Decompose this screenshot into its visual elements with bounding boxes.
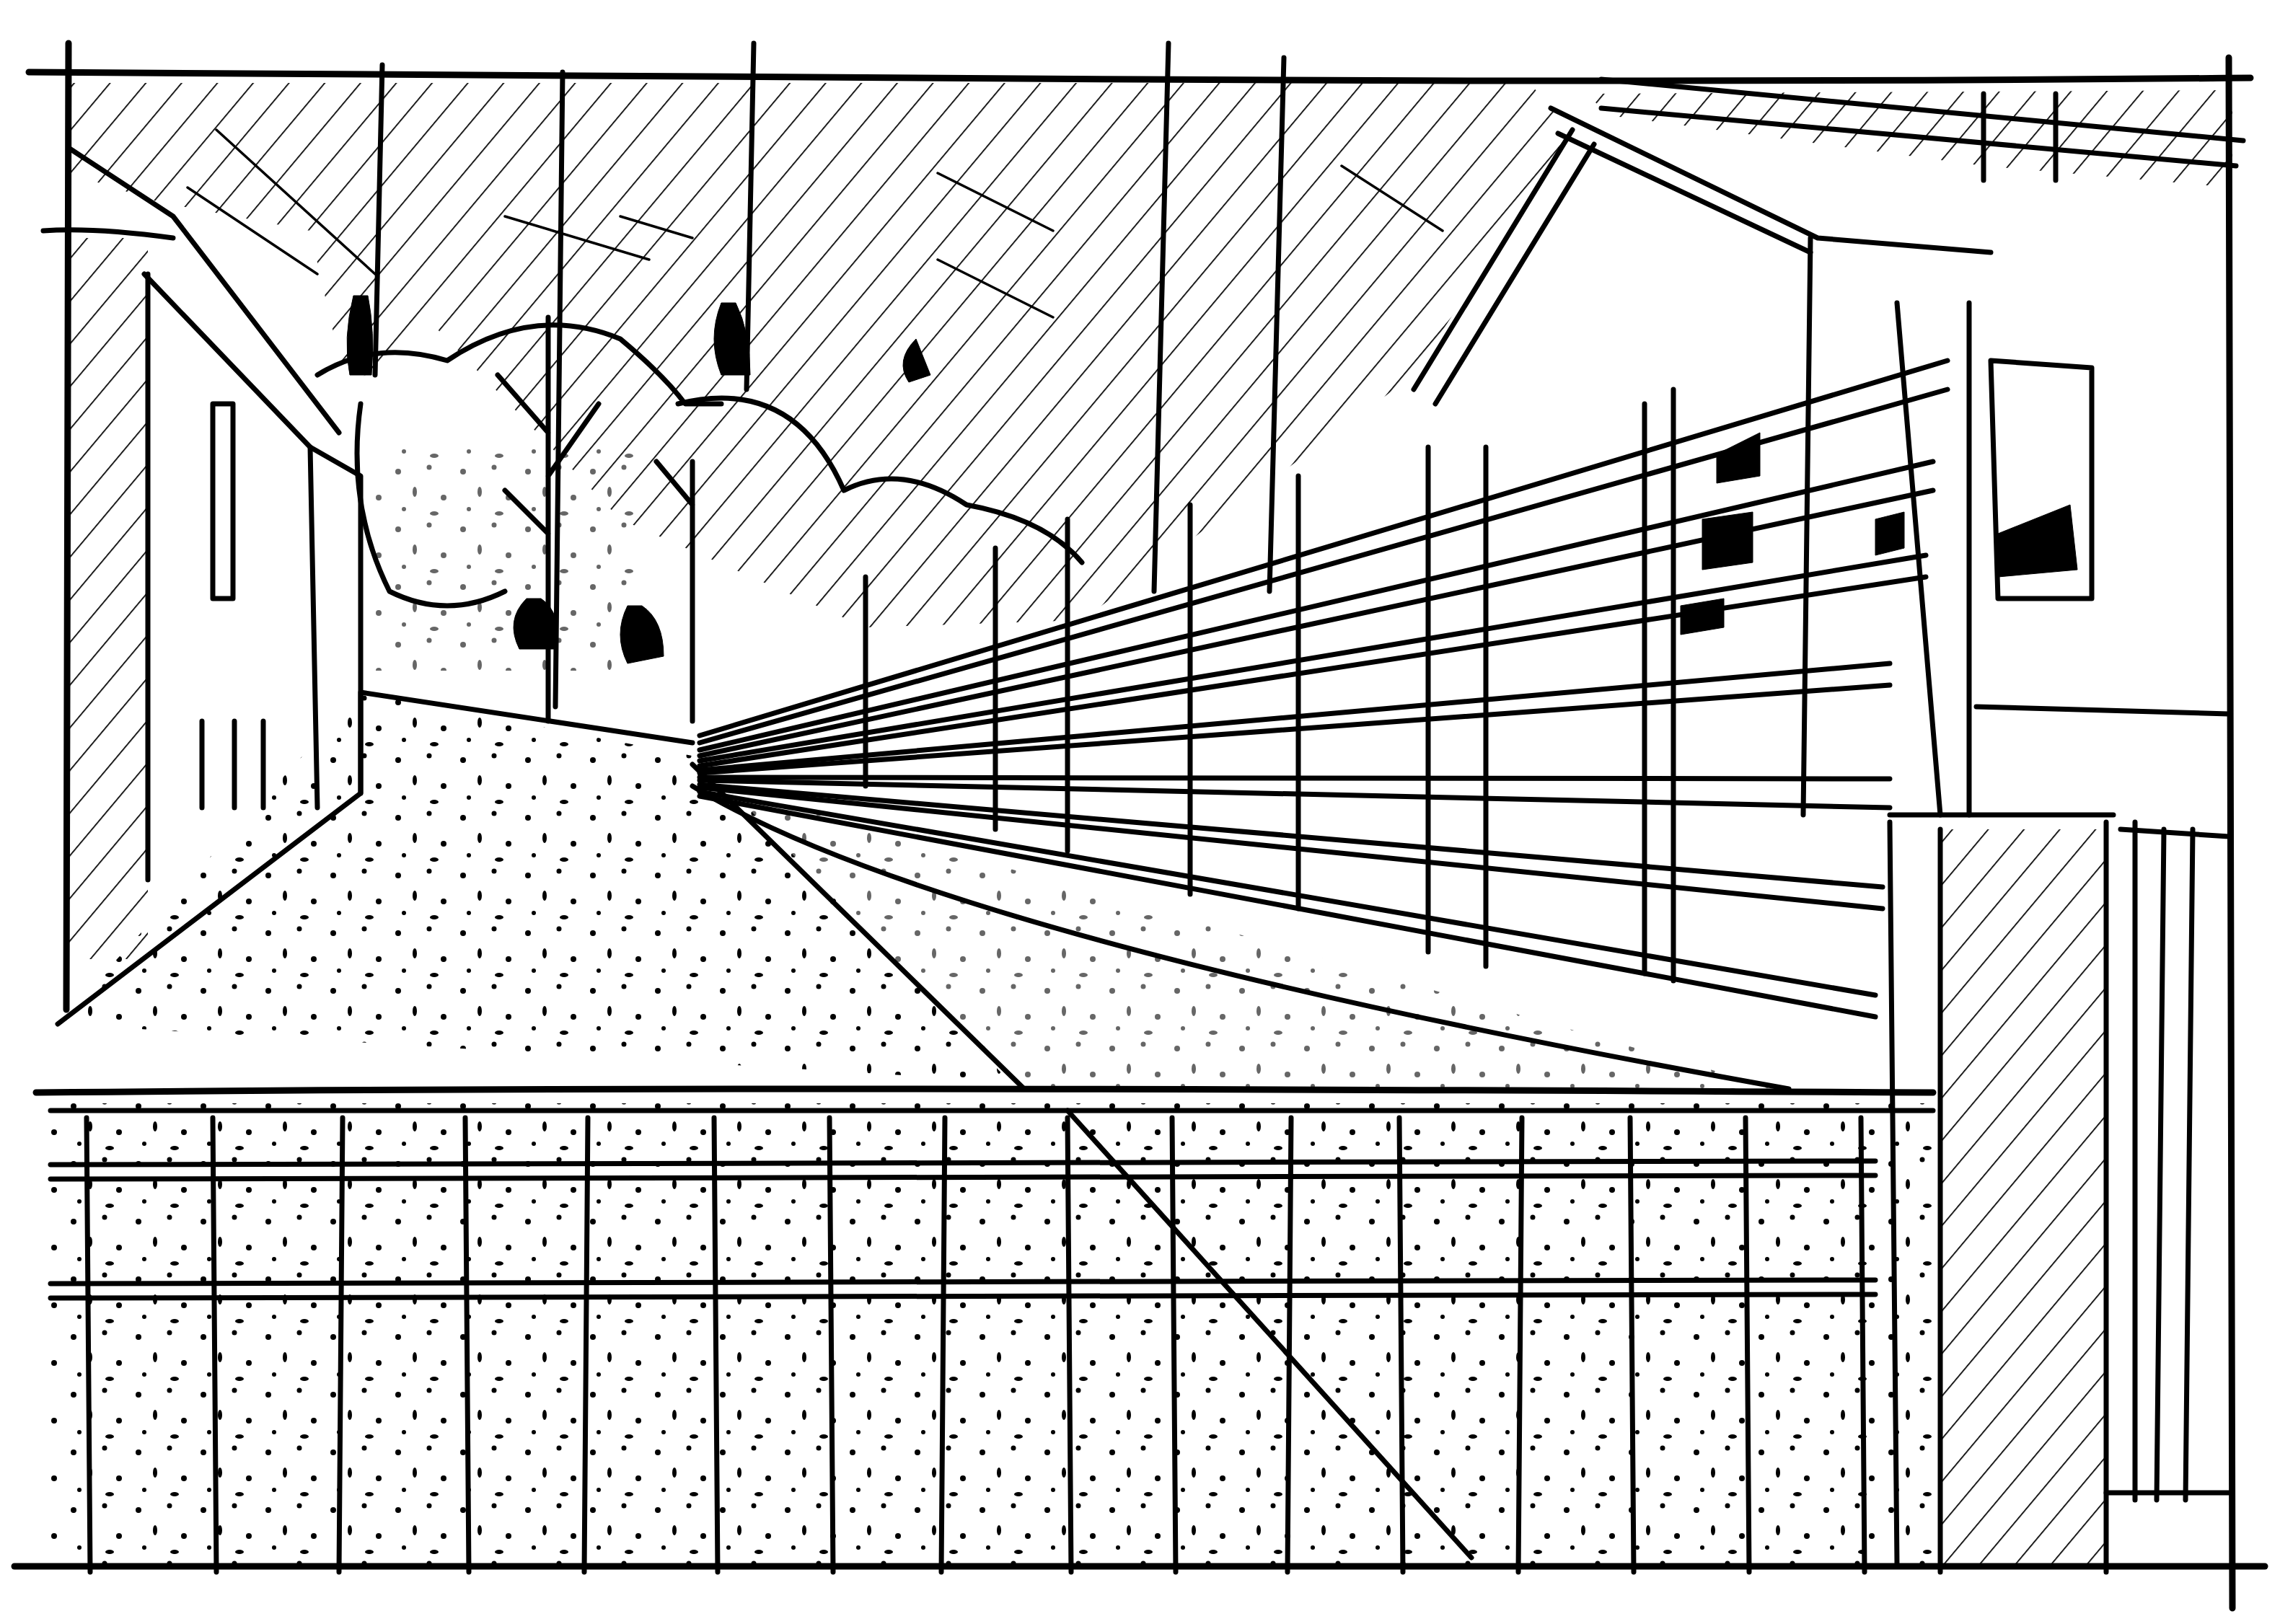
foreground-fence xyxy=(50,1103,1933,1572)
right-house xyxy=(1414,79,2243,815)
path xyxy=(58,692,1803,1096)
right-pillar xyxy=(1890,815,2229,1572)
pen-sketch-canvas xyxy=(0,0,2280,1624)
